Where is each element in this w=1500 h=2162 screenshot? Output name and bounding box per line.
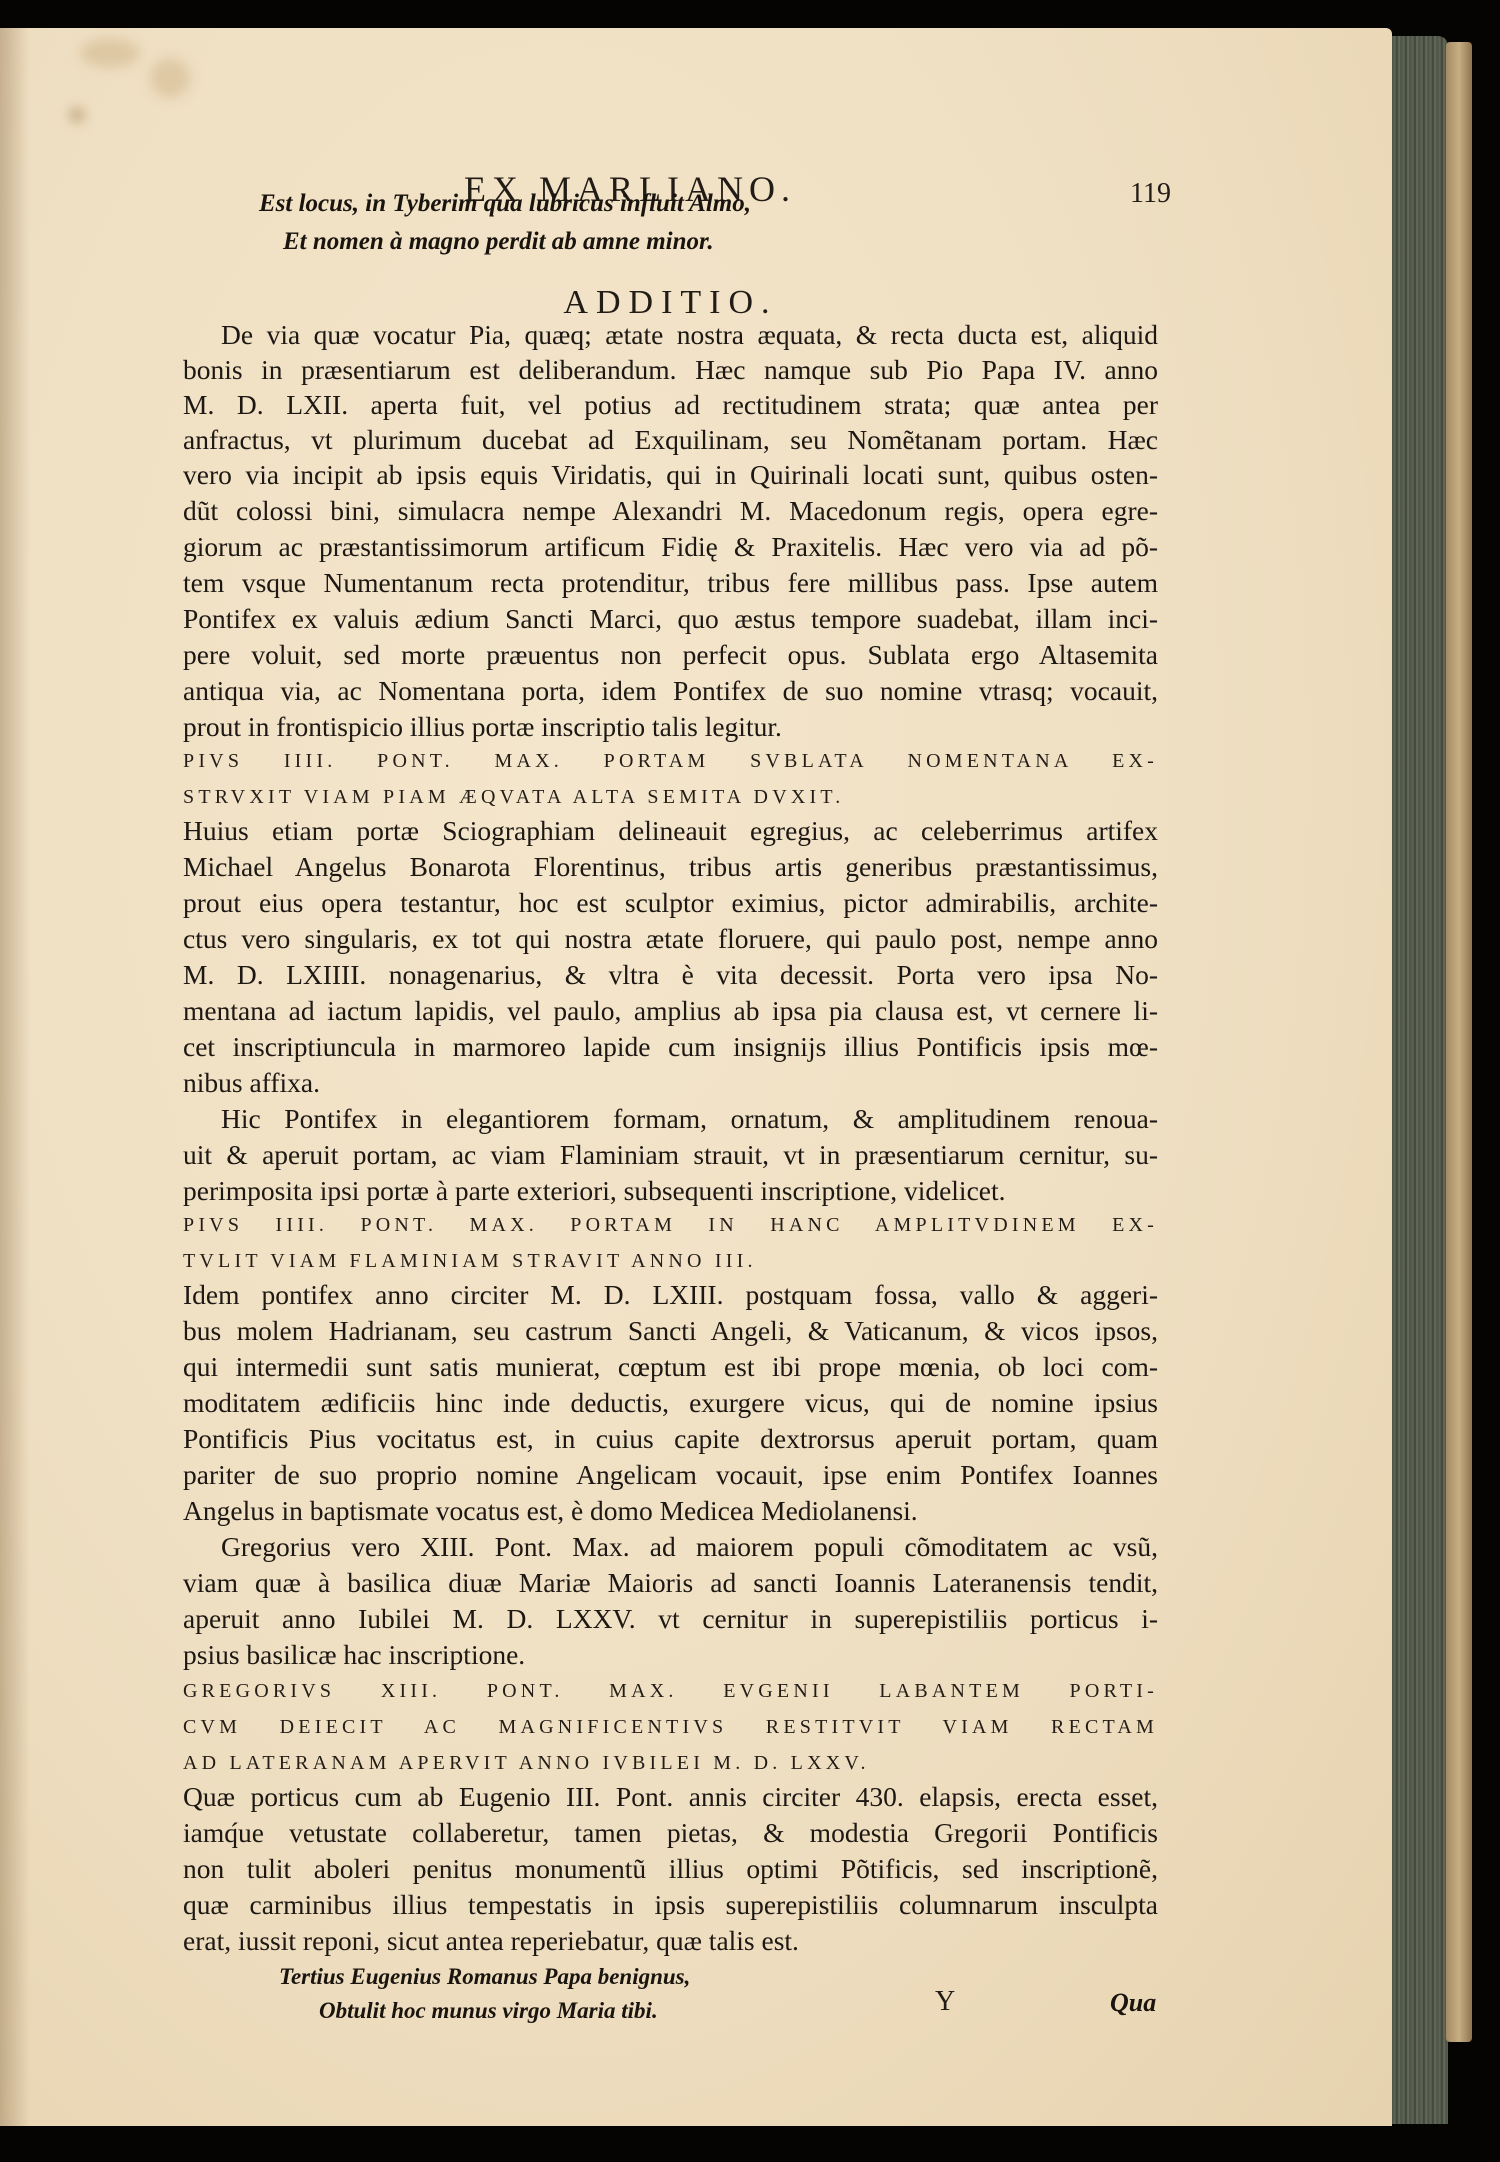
text-line: perimposita ipsi portæ à parte exteriori…	[183, 1174, 1158, 1208]
text-line: psius basilicæ hac inscriptione.	[183, 1638, 1158, 1672]
text-line: ctus vero singularis, ex tot qui nostra …	[183, 922, 1158, 956]
verse-line: Et nomen à magno perdit ab amne minor.	[283, 228, 714, 256]
inscription-line: strvxit viam piam æqvata alta semita dvx…	[183, 786, 1158, 809]
text-line: pere voluit, sed morte præuentus non per…	[183, 638, 1158, 672]
book-page: EX MARLIANO. 119 Est locus, in Tyberim q…	[0, 28, 1392, 2126]
verse-line: Obtulit hoc munus virgo Maria tibi.	[319, 1998, 658, 2024]
text-line: vero via incipit ab ipsis equis Viridati…	[183, 458, 1158, 492]
text-line: Quæ porticus cum ab Eugenio III. Pont. a…	[183, 1780, 1158, 1814]
text-line: tem vsque Numentanum recta protenditur, …	[183, 566, 1158, 600]
text-line: Michael Angelus Bonarota Florentinus, tr…	[183, 850, 1158, 884]
inscription-line: cvm deiecit ac magnificentivs restitvit …	[183, 1716, 1158, 1739]
text-line: mentana ad iactum lapidis, vel paulo, am…	[183, 994, 1158, 1028]
signature-mark: Y	[935, 1986, 955, 2018]
text-line: nibus affixa.	[183, 1066, 1158, 1100]
text-line: giorum ac præstantissimorum artificum Fi…	[183, 530, 1158, 564]
section-heading: ADDITIO.	[183, 284, 1158, 322]
text-line: pariter de suo proprio nomine Angelicam …	[183, 1458, 1158, 1492]
text-line: Huius etiam portæ Sciographiam delineaui…	[183, 814, 1158, 848]
text-line: M. D. LXIIII. nonagenarius, & vltra è vi…	[183, 958, 1158, 992]
paper-stain	[150, 58, 190, 98]
text-line: dũt colossi bini, simulacra nempe Alexan…	[183, 494, 1158, 528]
verse-line: Tertius Eugenius Romanus Papa benignus,	[279, 1964, 690, 1990]
text-line: quæ carminibus illius tempestatis in ips…	[183, 1888, 1158, 1922]
text-line: prout in frontispicio illius portæ inscr…	[183, 710, 1158, 744]
inscription-line: Pivs iiii. pont. max. portam in hanc amp…	[183, 1214, 1158, 1237]
text-line: antiqua via, ac Nomentana porta, idem Po…	[183, 674, 1158, 708]
text-line: erat, iussit reponi, sicut antea reperie…	[183, 1924, 1158, 1958]
inscription-line: ad lateranam apervit anno ivbilei m. d. …	[183, 1752, 1158, 1775]
page-fore-edge	[1392, 36, 1448, 2124]
text-line: bonis in præsentiarum est deliberandum. …	[183, 353, 1158, 387]
text-line: iamq́ue vetustate collaberetur, tamen pi…	[183, 1816, 1158, 1850]
text-line: De via quæ vocatur Pia, quæq; ætate nost…	[183, 318, 1158, 352]
page-number: 119	[1130, 178, 1171, 210]
book-cover-edge	[1446, 42, 1472, 2042]
text-line: moditatem ædificiis hinc inde deductis, …	[183, 1386, 1158, 1420]
text-line: M. D. LXII. aperta fuit, vel potius ad r…	[183, 388, 1158, 422]
paper-stain	[70, 108, 84, 122]
text-line: Idem pontifex anno circiter M. D. LXIII.…	[183, 1278, 1158, 1312]
text-line: prout eius opera testantur, hoc est scul…	[183, 886, 1158, 920]
text-line: Pontificis Pius vocitatus est, in cuius …	[183, 1422, 1158, 1456]
text-line: Angelus in baptismate vocatus est, è dom…	[183, 1494, 1158, 1528]
text-line: cet inscriptiuncula in marmoreo lapide c…	[183, 1030, 1158, 1064]
text-line: non tulit aboleri penitus monumentũ illi…	[183, 1852, 1158, 1886]
text-line: bus molem Hadrianam, seu castrum Sancti …	[183, 1314, 1158, 1348]
text-line: viam quæ à basilica diuæ Mariæ Maioris a…	[183, 1566, 1158, 1600]
catchword: Qua	[1110, 1988, 1156, 2018]
paper-stain	[80, 38, 140, 68]
verse-line: Est locus, in Tyberim qua lubricus influ…	[259, 190, 751, 218]
text-line: qui intermedii sunt satis munierat, cœpt…	[183, 1350, 1158, 1384]
text-line: aperuit anno Iubilei M. D. LXXV. vt cern…	[183, 1602, 1158, 1636]
text-line: anfractus, vt plurimum ducebat ad Exquil…	[183, 423, 1158, 457]
text-line: Gregorius vero XIII. Pont. Max. ad maior…	[183, 1530, 1158, 1564]
text-line: Hic Pontifex in elegantiorem formam, orn…	[183, 1102, 1158, 1136]
inscription-line: Gregorivs xiii. pont. max. evgenii laban…	[183, 1680, 1158, 1703]
text-line: Pontifex ex valuis ædium Sancti Marci, q…	[183, 602, 1158, 636]
inscription-line: tvlit viam flaminiam stravit anno iii.	[183, 1250, 1158, 1273]
inscription-line: Pivs iiii. pont. max. portam svblata nom…	[183, 750, 1158, 773]
text-line: uit & aperuit portam, ac viam Flaminiam …	[183, 1138, 1158, 1172]
